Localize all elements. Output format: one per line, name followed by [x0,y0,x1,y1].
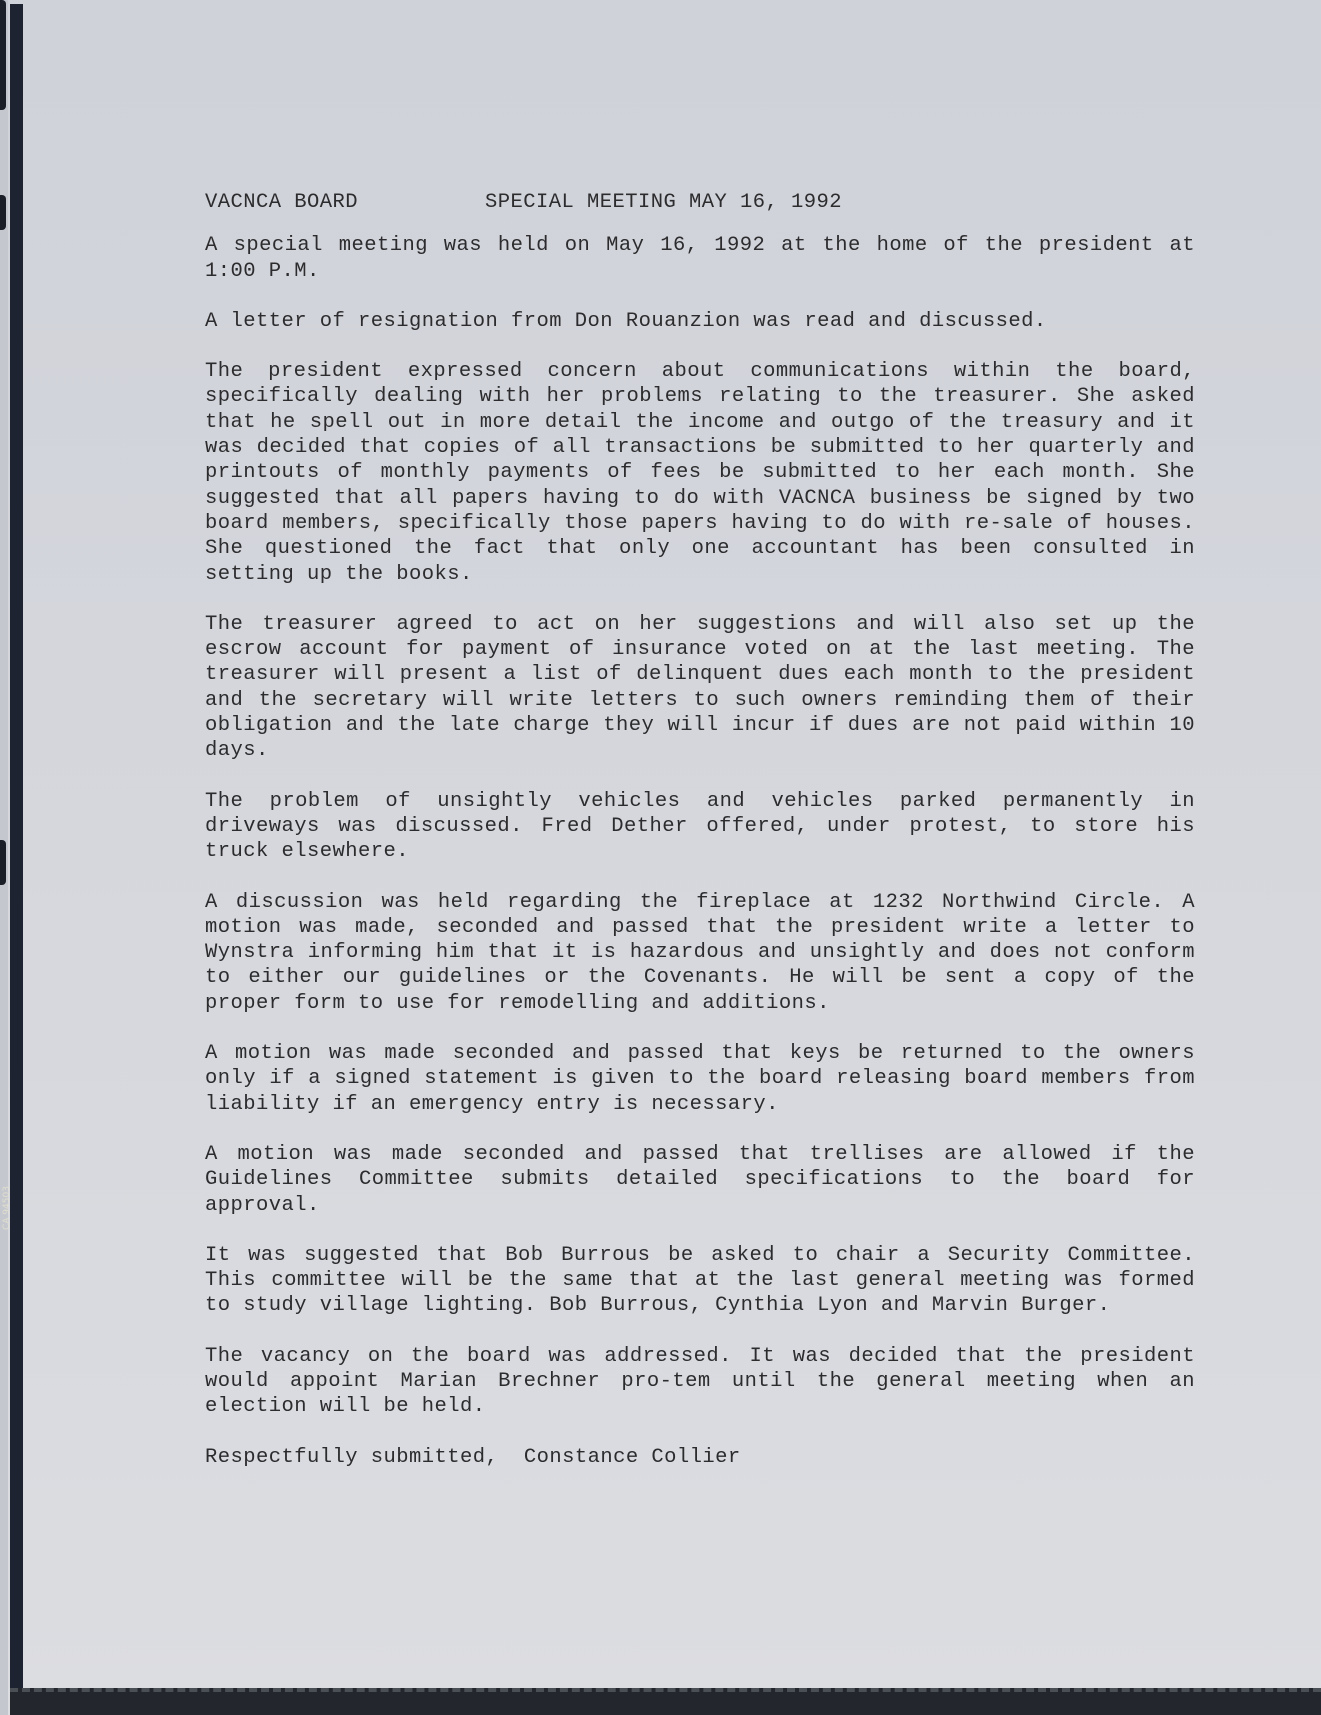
binder-tab [0,840,6,885]
margin-stamp: CA 94503 [2,1100,12,1230]
scanned-page: CA 94503 VACNCA BOARDSPECIAL MEETING MAY… [0,0,1321,1715]
paragraph-security-committee: It was suggested that Bob Burrous be ask… [205,1243,1195,1319]
paragraph-fireplace: A discussion was held regarding the fire… [205,890,1195,1016]
document-header: VACNCA BOARDSPECIAL MEETING MAY 16, 1992 [205,190,1195,215]
paragraph-keys: A motion was made seconded and passed th… [205,1041,1195,1117]
binder-tab [0,0,6,110]
binder-tab [0,195,6,230]
paragraph-treasurer: The treasurer agreed to act on her sugge… [205,612,1195,764]
meeting-minutes: VACNCA BOARDSPECIAL MEETING MAY 16, 1992… [205,190,1195,1470]
paragraph-vehicles: The problem of unsightly vehicles and ve… [205,789,1195,865]
paragraph-vacancy: The vacancy on the board was addressed. … [205,1344,1195,1420]
paragraph-resignation: A letter of resignation from Don Rouanzi… [205,309,1195,334]
closing: Respectfully submitted, [205,1446,498,1469]
signer-name: Constance Collier [524,1446,741,1469]
film-border-left [10,4,23,1694]
signature-line: Respectfully submitted, Constance Collie… [205,1445,1195,1470]
document-title: SPECIAL MEETING MAY 16, 1992 [485,190,842,215]
paragraph-meeting-info: A special meeting was held on May 16, 19… [205,233,1195,284]
paragraph-trellises: A motion was made seconded and passed th… [205,1142,1195,1218]
film-border-bottom [10,1688,1321,1715]
organization-name: VACNCA BOARD [205,190,485,215]
paragraph-communications: The president expressed concern about co… [205,359,1195,587]
